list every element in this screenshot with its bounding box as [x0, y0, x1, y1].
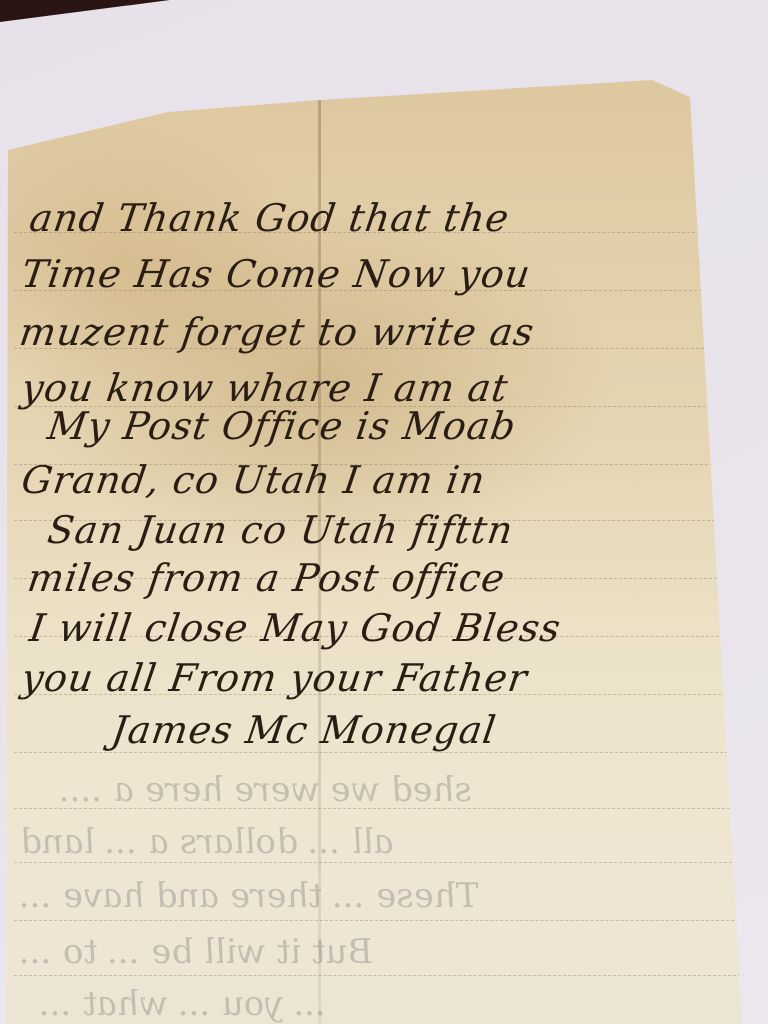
bleed-through-text: These ... there and have ...	[17, 876, 481, 916]
bleed-through-text: ... you ... what ...	[37, 984, 330, 1024]
letter-line-9: I will close May God Bless	[27, 606, 564, 650]
letter-line-6: Grand, co Utah I am in	[19, 458, 489, 502]
bleed-through-text: shed we were here a ....	[57, 770, 475, 810]
bleed-through-text: all ... dollars a ... land	[17, 822, 397, 862]
bleed-through-text: But it will be ... to ...	[17, 932, 375, 972]
ruled-line	[14, 920, 744, 921]
letter-line-7: San Juan co Utah fifttn	[45, 508, 516, 552]
letter-page: and Thank God that the Time Has Come Now…	[0, 0, 768, 1024]
signature: James Mc Monegal	[109, 708, 499, 752]
letter-line-2: Time Has Come Now you	[19, 252, 534, 296]
ruled-line	[14, 862, 742, 863]
ruled-line	[14, 975, 746, 976]
ruled-line	[14, 752, 738, 753]
letter-line-5: My Post Office is Moab	[45, 404, 519, 448]
letter-line-8: miles from a Post office	[25, 556, 508, 600]
letter-line-10: you all From your Father	[19, 656, 531, 700]
background-dark-corner	[0, 0, 170, 22]
letter-line-1: and Thank God that the	[27, 196, 512, 240]
letter-line-3: muzent forget to write as	[17, 310, 537, 354]
